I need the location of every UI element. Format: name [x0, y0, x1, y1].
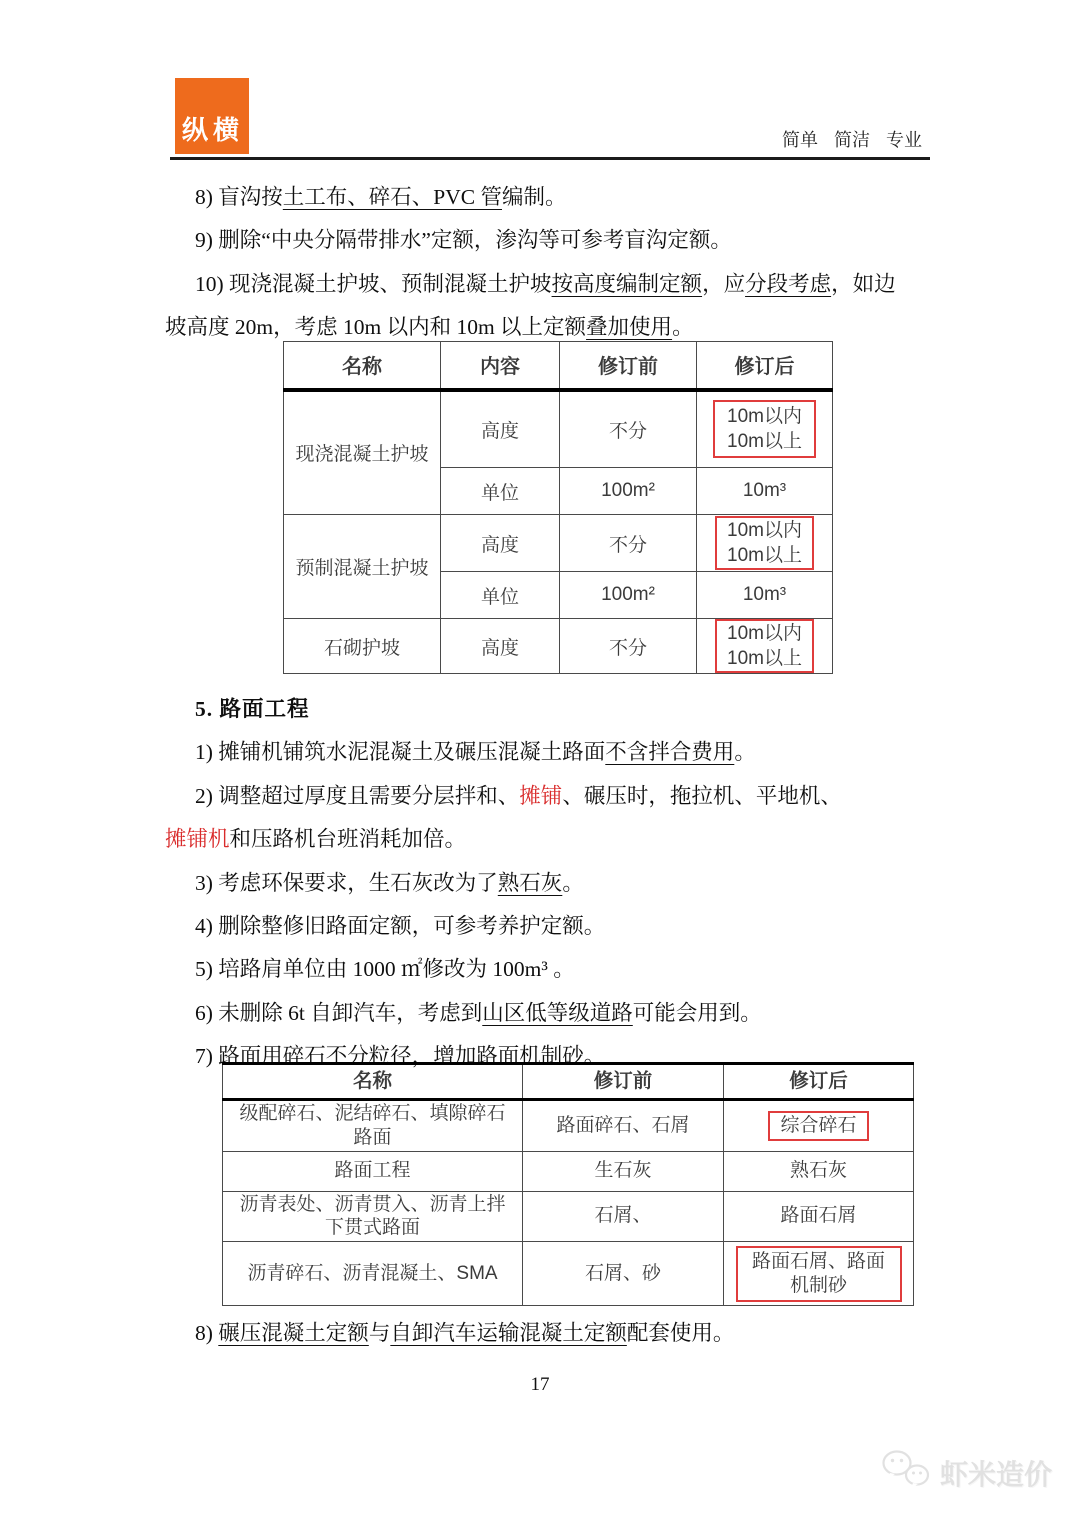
table-row: 现浇混凝土护坡 高度 不分 10m以内 10m以上 — [284, 390, 833, 468]
col-header-before: 修订前 — [523, 1064, 724, 1100]
table-row: 石砌护坡 高度 不分 10m以内 10m以上 — [284, 619, 833, 674]
paragraph-10-line1: 10) 现浇混凝土护坡、预制混凝土护坡按高度编制定额，应分段考虑，如边 — [165, 263, 965, 306]
paragraph-s1: 1) 摊铺机铺筑水泥混凝土及碾压混凝土路面不含拌合费用。 — [165, 731, 965, 774]
slope-revision-table: 名称 内容 修订前 修订后 现浇混凝土护坡 高度 不分 10m以内 10m以上 … — [283, 341, 833, 674]
paragraph-s2-line2: 摊铺机和压路机台班消耗加倍。 — [165, 818, 965, 861]
paragraph-s3: 3) 考虑环保要求，生石灰改为了熟石灰。 — [165, 862, 965, 905]
highlight-box: 路面石屑、路面机制砂 — [736, 1246, 902, 1302]
paragraph-s4: 4) 删除整修旧路面定额，可参考养护定额。 — [165, 905, 965, 948]
body-section-2: 5. 路面工程 1) 摊铺机铺筑水泥混凝土及碾压混凝土路面不含拌合费用。 2) … — [165, 688, 965, 1079]
section-heading-5: 5. 路面工程 — [165, 688, 965, 731]
pavement-revision-table: 名称 修订前 修订后 级配碎石、泥结碎石、填隙碎石路面 路面碎石、石屑 综合碎石… — [222, 1062, 914, 1306]
row-name: 级配碎石、泥结碎石、填隙碎石路面 — [223, 1100, 523, 1152]
header-tagline: 简单 简洁 专业 — [782, 126, 922, 152]
table-header-row: 名称 修订前 修订后 — [223, 1064, 914, 1100]
wechat-icon — [880, 1448, 934, 1497]
tagline-item: 简单 — [782, 126, 818, 152]
col-header-before: 修订前 — [560, 342, 697, 390]
header-divider — [170, 157, 930, 160]
highlight-box: 综合碎石 — [768, 1111, 868, 1141]
tagline-item: 专业 — [886, 126, 922, 152]
table-row: 沥青碎石、沥青混凝土、SMA 石屑、砂 路面石屑、路面机制砂 — [223, 1242, 914, 1306]
paragraph-s6: 6) 未删除 6t 自卸汽车，考虑到山区低等级道路可能会用到。 — [165, 992, 965, 1035]
watermark-label: 虾米造价 — [940, 1453, 1052, 1493]
highlight-box: 10m以内 10m以上 — [715, 516, 814, 570]
row-name: 路面工程 — [223, 1151, 523, 1191]
highlight-box: 10m以内 10m以上 — [715, 619, 814, 673]
brand-logo-label: 纵横 — [182, 110, 244, 147]
paragraph-s8: 8) 碾压混凝土定额与自卸汽车运输混凝土定额配套使用。 — [165, 1312, 965, 1355]
watermark: 虾米造价 — [880, 1448, 1052, 1497]
col-header-name: 名称 — [284, 342, 441, 390]
table-row: 路面工程 生石灰 熟石灰 — [223, 1151, 914, 1191]
paragraph-s2-line1: 2) 调整超过厚度且需要分层拌和、摊铺、碾压时，拖拉机、平地机、 — [165, 775, 965, 818]
row-name: 预制混凝土护坡 — [284, 515, 441, 619]
table-row: 沥青表处、沥青贯入、沥青上拌下贯式路面 石屑、 路面石屑 — [223, 1191, 914, 1242]
col-header-after: 修订后 — [724, 1064, 914, 1100]
page-number: 17 — [0, 1374, 1080, 1396]
brand-logo: 纵 纵横 — [175, 78, 249, 154]
paragraph-s5: 5) 培路肩单位由 1000 ㎡修改为 100m³ 。 — [165, 948, 965, 991]
col-header-content: 内容 — [441, 342, 560, 390]
table-header-row: 名称 内容 修订前 修订后 — [284, 342, 833, 390]
col-header-after: 修订后 — [697, 342, 833, 390]
paragraph-8: 8) 盲沟按土工布、碎石、PVC 管编制。 — [165, 176, 965, 219]
col-header-name: 名称 — [223, 1064, 523, 1100]
body-section-3: 8) 碾压混凝土定额与自卸汽车运输混凝土定额配套使用。 — [165, 1312, 965, 1355]
row-name: 石砌护坡 — [284, 619, 441, 674]
body-section-1: 8) 盲沟按土工布、碎石、PVC 管编制。 9) 删除“中央分隔带排水”定额，渗… — [165, 176, 965, 350]
tagline-item: 简洁 — [834, 126, 870, 152]
table-row: 级配碎石、泥结碎石、填隙碎石路面 路面碎石、石屑 综合碎石 — [223, 1100, 914, 1152]
row-name: 沥青碎石、沥青混凝土、SMA — [223, 1242, 523, 1306]
row-name: 现浇混凝土护坡 — [284, 390, 441, 515]
paragraph-9: 9) 删除“中央分隔带排水”定额，渗沟等可参考盲沟定额。 — [165, 219, 965, 262]
document-page: 纵 纵横 简单 简洁 专业 8) 盲沟按土工布、碎石、PVC 管编制。 9) 删… — [0, 0, 1080, 1527]
highlight-box: 10m以内 10m以上 — [713, 400, 816, 458]
row-name: 沥青表处、沥青贯入、沥青上拌下贯式路面 — [223, 1191, 523, 1242]
table-row: 预制混凝土护坡 高度 不分 10m以内 10m以上 — [284, 515, 833, 572]
